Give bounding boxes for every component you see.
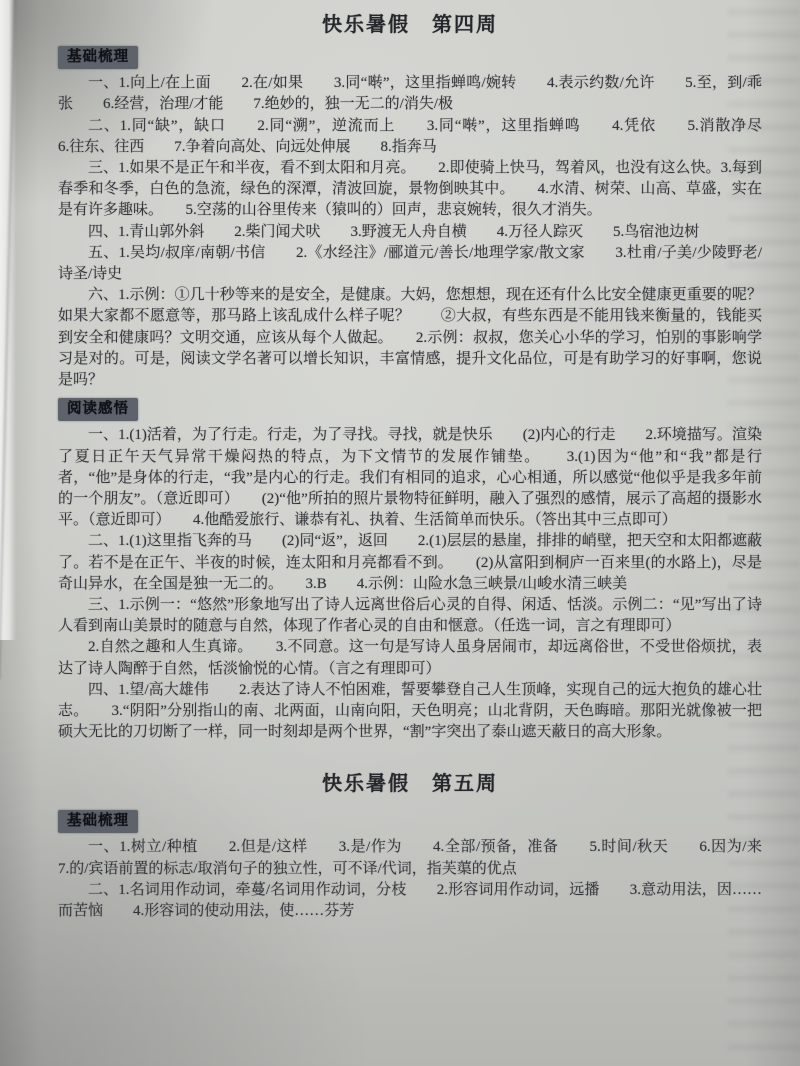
week4-foundation-answer-3: 三、1.如果不是正午和半夜，看不到太阳和月亮。 2.即使骑上快马，驾着风，也没有…	[58, 158, 762, 222]
page-curl-edge	[0, 0, 16, 640]
week4-foundation-answer-2: 二、1.同“缺”，缺口 2.同“溯”，逆流而上 3.同“啭”，这里指蝉鸣 4.凭…	[58, 116, 762, 158]
week5-foundation-answer-1: 一、1.树立/种植 2.但是/这样 3.是/作为 4.全部/预备，准备 5.时间…	[58, 837, 762, 879]
week4-foundation-answer-1: 一、1.向上/在上面 2.在/如果 3.同“啭”，这里指蝉鸣/婉转 4.表示约数…	[58, 73, 762, 115]
week4-foundation-answer-6: 六、1.示例：①几十秒等来的是安全，是健康。大妈，您想想，现在还有什么比安全健康…	[58, 285, 762, 391]
page-content: 快乐暑假 第四周 基础梳理 一、1.向上/在上面 2.在/如果 3.同“啭”，这…	[58, 2, 762, 922]
reading-reflection-badge: 阅读感悟	[58, 398, 138, 421]
week4-foundation-answer-5: 五、1.吴均/叔庠/南朝/书信 2.《水经注》/郦道元/善长/地理学家/散文家 …	[58, 243, 762, 285]
week4-foundation-answer-4: 四、1.青山郭外斜 2.柴门闻犬吠 3.野渡无人舟自横 4.万径人踪灭 5.鸟宿…	[58, 222, 762, 243]
week5-title: 快乐暑假 第五周	[58, 767, 762, 796]
book-page-photo: 快乐暑假 第四周 基础梳理 一、1.向上/在上面 2.在/如果 3.同“啭”，这…	[0, 0, 800, 1066]
week4-reading-answer-1: 一、1.(1)活着，为了行走。行走，为了寻找。寻找，就是快乐 (2)内心的行走 …	[58, 425, 762, 531]
week4-reading-badge-row: 阅读感悟	[58, 398, 762, 421]
week4-reading-answer-2: 二、1.(1)这里指飞奔的马 (2)同“返”，返回 2.(1)层层的悬崖，排排的…	[58, 531, 762, 595]
week5-foundation-badge-row: 基础梳理	[58, 810, 762, 833]
foundation-review-badge: 基础梳理	[58, 810, 138, 833]
week5-foundation-answer-2: 二、1.名词用作动词，牵蔓/名词用作动词，分枝 2.形容词用作动词，远播 3.意…	[58, 880, 762, 922]
week4-title: 快乐暑假 第四周	[58, 8, 762, 37]
week4-reading-answer-3b: 2.自然之趣和人生真谛。 3.不同意。这一句是写诗人虽身居闹市，却远离俗世，不受…	[58, 637, 762, 679]
foundation-review-badge: 基础梳理	[58, 46, 138, 69]
week4-reading-answer-3: 三、1.示例一：“悠然”形象地写出了诗人远离世俗后心灵的自得、闲适、恬淡。示例二…	[58, 595, 762, 637]
week4-reading-answer-4: 四、1.望/高大雄伟 2.表达了诗人不怕困难，誓要攀登自己人生顶峰，实现自己的远…	[58, 680, 762, 744]
week4-foundation-badge-row: 基础梳理	[58, 46, 762, 69]
